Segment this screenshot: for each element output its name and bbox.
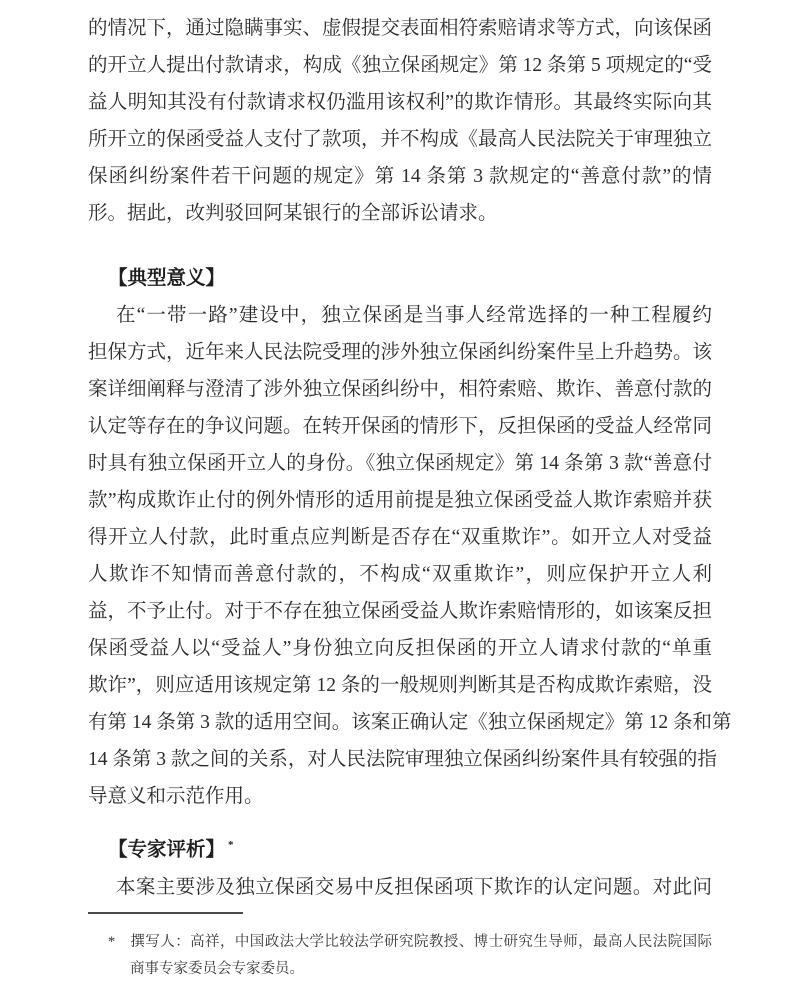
body-line: 益人明知其没有付款请求权仍滥用该权利”的欺诈情形。其最终实际向其 (88, 84, 712, 121)
body-line: 时具有独立保函开立人的身份。《独立保函规定》第 14 条第 3 款“善意付 (88, 445, 712, 482)
body-line: 有第 14 条第 3 款的适用空间。该案正确认定《独立保函规定》第 12 条和第 (88, 704, 712, 741)
typical-significance-paragraph: 在“一带一路”建设中，独立保函是当事人经常选择的一种工程履约 担保方式，近年来人… (88, 297, 712, 815)
footnote-text: 撰写人：高祥，中国政法大学比较法学研究院教授、博士研究生导师，最高人民法院国际 (130, 934, 712, 950)
body-line: 的开立人提出付款请求，构成《独立保函规定》第 12 条第 5 项规定的“受 (88, 47, 712, 84)
body-line: 欺诈”，则应适用该规定第 12 条的一般规则判断其是否构成欺诈索赔，没 (88, 667, 712, 704)
body-line: 的情况下，通过隐瞒事实、虚假提交表面相符索赔请求等方式，向该保函 (88, 10, 712, 47)
body-line: 认定等存在的争议问题。在转开保函的情形下，反担保函的受益人经常同 (88, 408, 712, 445)
body-line: 保函纠纷案件若干问题的规定》第 14 条第 3 款规定的“善意付款”的情 (88, 158, 712, 195)
body-line: 导意义和示范作用。 (88, 778, 712, 815)
body-line: 益，不予止付。对于不存在独立保函受益人欺诈索赔情形的，如该案反担 (88, 593, 712, 630)
footnote-line: *撰写人：高祥，中国政法大学比较法学研究院教授、博士研究生导师，最高人民法院国际 (108, 929, 712, 956)
body-line: 14 条第 3 款之间的关系，对人民法院审理独立保函纠纷案件具有较强的指 (88, 741, 712, 778)
footnote-line: 商事专家委员会专家委员。 (108, 956, 712, 983)
expert-commentary-heading-text: 【专家评析】 (108, 840, 225, 861)
footnote-asterisk: * (108, 929, 130, 956)
expert-commentary-paragraph: 本案主要涉及独立保函交易中反担保函项下欺诈的认定问题。对此问 (88, 869, 712, 906)
continuation-paragraph: 的情况下，通过隐瞒事实、虚假提交表面相符索赔请求等方式，向该保函 的开立人提出付… (88, 10, 712, 232)
body-line: 得开立人付款，此时重点应判断是否存在“双重欺诈”。如开立人对受益 (88, 519, 712, 556)
body-line: 形。据此，改判驳回阿某银行的全部诉讼请求。 (88, 195, 712, 232)
body-line: 案详细阐释与澄清了涉外独立保函纠纷中，相符索赔、欺诈、善意付款的 (88, 371, 712, 408)
body-line: 本案主要涉及独立保函交易中反担保函项下欺诈的认定问题。对此问 (88, 869, 712, 906)
expert-commentary-heading: 【专家评析】* (88, 827, 712, 869)
body-line: 担保方式，近年来人民法院受理的涉外独立保函纠纷案件呈上升趋势。该 (88, 334, 712, 371)
body-line: 在“一带一路”建设中，独立保函是当事人经常选择的一种工程履约 (88, 297, 712, 334)
body-line: 保函受益人以“受益人”身份独立向反担保函的开立人请求付款的“单重 (88, 630, 712, 667)
body-line: 人欺诈不知情而善意付款的，不构成“双重欺诈”，则应保护开立人利 (88, 556, 712, 593)
footnote-reference-marker: * (228, 839, 234, 851)
typical-significance-heading: 【典型意义】 (88, 260, 712, 297)
footnote: *撰写人：高祥，中国政法大学比较法学研究院教授、博士研究生导师，最高人民法院国际… (108, 929, 712, 983)
footnote-separator (88, 912, 243, 914)
body-line: 所开立的保函受益人支付了款项，并不构成《最高人民法院关于审理独立 (88, 121, 712, 158)
body-line: 款”构成欺诈止付的例外情形的适用前提是独立保函受益人欺诈索赔并获 (88, 482, 712, 519)
document-page: 的情况下，通过隐瞒事实、虚假提交表面相符索赔请求等方式，向该保函 的开立人提出付… (0, 0, 800, 988)
